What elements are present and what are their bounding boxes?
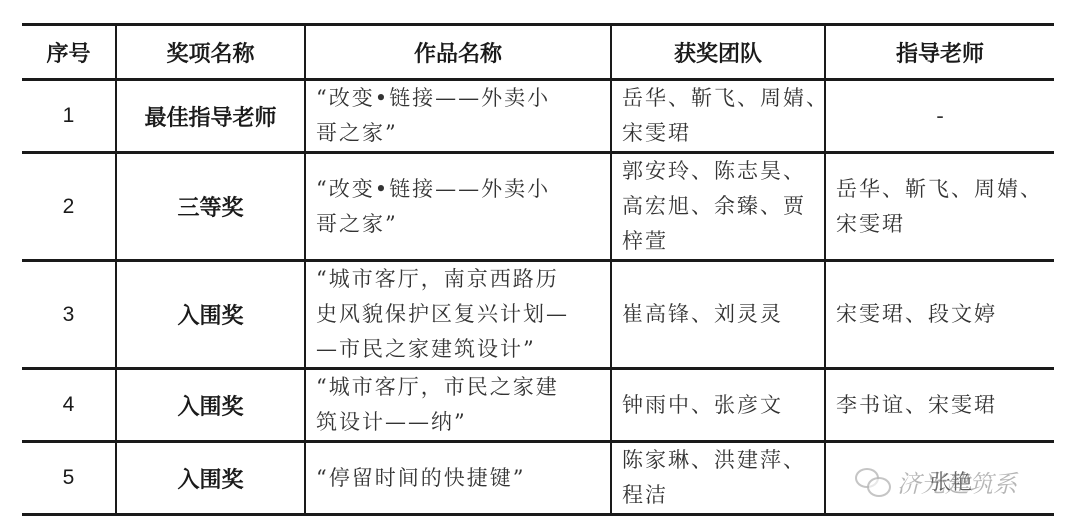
table-row: 4 入围奖 “城市客厅，市民之家建 筑设计——纳” 钟雨中、张彦文 李书谊、宋雯… [22, 369, 1054, 442]
header-work-name: 作品名称 [305, 25, 611, 80]
header-index: 序号 [22, 25, 116, 80]
work-name-line: “城市客厅，市民之家建 [316, 370, 602, 405]
header-advisor: 指导老师 [825, 25, 1054, 80]
row-index: 2 [22, 153, 116, 261]
header-team: 获奖团队 [611, 25, 825, 80]
advisor-obscured: 张艳 [930, 466, 972, 496]
team-members: 陈家琳、洪建萍、 程洁 [611, 442, 825, 515]
work-name: “城市客厅，南京西路历 史风貌保护区复兴计划— —市民之家建筑设计” [305, 261, 611, 369]
team-line: 梓萱 [622, 224, 816, 259]
award-name: 入围奖 [116, 261, 305, 369]
award-name: 入围奖 [116, 369, 305, 442]
advisor-line: 宋雯珺、段文婷 [836, 297, 1046, 332]
advisor-line: - [936, 104, 944, 128]
header-award-name: 奖项名称 [116, 25, 305, 80]
advisor: 岳华、靳飞、周婧、 宋雯珺 [825, 153, 1054, 261]
work-name-line: “城市客厅，南京西路历 [316, 262, 602, 297]
team-line: 钟雨中、张彦文 [622, 388, 816, 423]
awards-table: 序号 奖项名称 作品名称 获奖团队 指导老师 1 最佳指导老师 “改变•链接——… [22, 23, 1054, 516]
row-index: 4 [22, 369, 116, 442]
work-name-line: 哥之家” [316, 116, 602, 151]
advisor: 宋雯珺、段文婷 [825, 261, 1054, 369]
advisor: 李书谊、宋雯珺 [825, 369, 1054, 442]
advisor: - [825, 80, 1054, 153]
team-line: 高宏旭、余臻、贾 [622, 189, 816, 224]
team-members: 崔高锋、刘灵灵 [611, 261, 825, 369]
team-line: 宋雯珺 [622, 116, 816, 151]
team-members: 郭安玲、陈志昊、 高宏旭、余臻、贾 梓萱 [611, 153, 825, 261]
work-name-line: “停留时间的快捷键” [316, 461, 602, 496]
team-line: 程洁 [622, 478, 816, 513]
table-row: 1 最佳指导老师 “改变•链接——外卖小 哥之家” 岳华、靳飞、周婧、 宋雯珺 … [22, 80, 1054, 153]
work-name-line: 筑设计——纳” [316, 405, 602, 440]
work-name-line: 哥之家” [316, 207, 602, 242]
work-name: “改变•链接——外卖小 哥之家” [305, 80, 611, 153]
team-line: 郭安玲、陈志昊、 [622, 154, 816, 189]
team-line: 陈家琳、洪建萍、 [622, 443, 816, 478]
work-name: “城市客厅，市民之家建 筑设计——纳” [305, 369, 611, 442]
award-name: 三等奖 [116, 153, 305, 261]
advisor-line: 宋雯珺 [836, 207, 1046, 242]
award-name: 最佳指导老师 [116, 80, 305, 153]
work-name-line: “改变•链接——外卖小 [316, 81, 602, 116]
advisor-line: 岳华、靳飞、周婧、 [836, 172, 1046, 207]
work-name: “改变•链接——外卖小 哥之家” [305, 153, 611, 261]
table-row: 5 入围奖 “停留时间的快捷键” 陈家琳、洪建萍、 程洁 [22, 442, 1054, 515]
work-name: “停留时间的快捷键” [305, 442, 611, 515]
table-header-row: 序号 奖项名称 作品名称 获奖团队 指导老师 [22, 25, 1054, 80]
work-name-line: —市民之家建筑设计” [316, 332, 602, 367]
team-members: 钟雨中、张彦文 [611, 369, 825, 442]
work-name-line: “改变•链接——外卖小 [316, 172, 602, 207]
row-index: 3 [22, 261, 116, 369]
table-row: 2 三等奖 “改变•链接——外卖小 哥之家” 郭安玲、陈志昊、 高宏旭、余臻、贾… [22, 153, 1054, 261]
team-line: 岳华、靳飞、周婧、 [622, 81, 816, 116]
row-index: 5 [22, 442, 116, 515]
row-index: 1 [22, 80, 116, 153]
team-members: 岳华、靳飞、周婧、 宋雯珺 [611, 80, 825, 153]
advisor-line: 李书谊、宋雯珺 [836, 388, 1046, 423]
table-row: 3 入围奖 “城市客厅，南京西路历 史风貌保护区复兴计划— —市民之家建筑设计”… [22, 261, 1054, 369]
work-name-line: 史风貌保护区复兴计划— [316, 297, 602, 332]
team-line: 崔高锋、刘灵灵 [622, 297, 816, 332]
award-name: 入围奖 [116, 442, 305, 515]
